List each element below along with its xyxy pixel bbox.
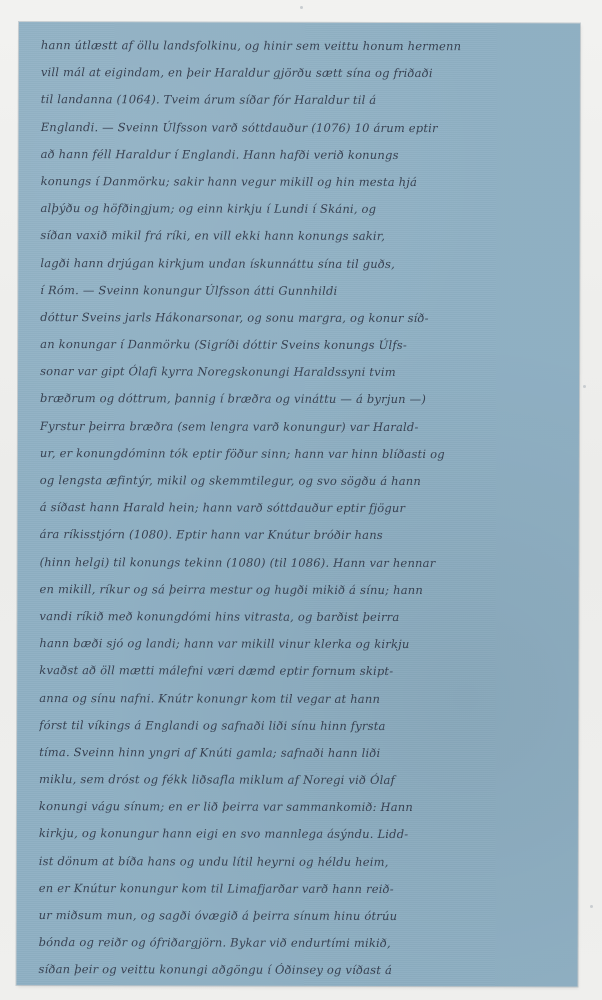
mat-speck	[583, 385, 586, 388]
text-line: í Róm. — Sveinn konungur Úlfsson átti Gu…	[40, 277, 566, 306]
text-line: Englandi. — Sveinn Úlfsson varð sóttdauð…	[41, 114, 567, 143]
text-line: ára ríkisstjórn (1080). Eptir hann var K…	[40, 521, 566, 550]
text-line: fórst til víkings á Englandi og safnaði …	[39, 712, 565, 741]
text-line: hann bæði sjó og landi; hann var mikill …	[39, 630, 565, 659]
text-line: á síðast hann Harald hein; hann varð sót…	[40, 494, 566, 523]
text-line: kirkju, og konungur hann eigi en svo man…	[39, 820, 565, 849]
text-line: bónda og reiðr og ófriðargjörn. Bykar vi…	[39, 929, 565, 958]
manuscript-page: hann útlæstt af öllu landsfolkinu, og hi…	[16, 22, 580, 986]
text-line: og lengsta æfintýr, mikil og skemmtilegu…	[40, 467, 566, 496]
text-line: kvaðst að öll mætti málefni væri dæmd ep…	[39, 657, 565, 686]
text-line: dóttur Sveins jarls Hákonarsonar, og son…	[40, 304, 566, 333]
mat-speck	[300, 6, 303, 9]
text-line: konungs í Danmörku; sakir hann vegur mik…	[41, 168, 567, 197]
text-line: vandi ríkið með konungdómi hins vitrasta…	[39, 603, 565, 632]
text-line: en mikill, ríkur og sá þeirra mestur og …	[39, 576, 565, 605]
text-line: sonar var gipt Ólafi kyrra Noregskonungi…	[40, 358, 566, 387]
text-line: vill mál at eigindam, en þeir Haraldur g…	[41, 59, 567, 88]
text-line: (hinn helgi) til konungs tekinn (1080) (…	[40, 549, 566, 578]
text-line: ur miðsum mun, og sagði óvægið á þeirra …	[39, 902, 565, 931]
handwritten-text-block: hann útlæstt af öllu landsfolkinu, og hi…	[38, 32, 566, 985]
text-line: ur, er konungdóminn tók eptir föður sinn…	[40, 440, 566, 469]
text-line: konungi vágu sínum; en er lið þeirra var…	[39, 793, 565, 822]
mat-speck	[590, 905, 593, 908]
text-line: an konungar í Danmörku (Sigríði dóttir S…	[40, 331, 566, 360]
text-line: til landanna (1064). Tveim árum síðar fó…	[41, 86, 567, 115]
text-line: síðan þeir og veittu konungi aðgöngu í Ó…	[38, 956, 564, 985]
text-line: ist dönum at bíða hans og undu lítil hey…	[39, 848, 565, 877]
text-line: lagði hann drjúgan kirkjum undan ískunná…	[40, 250, 566, 279]
text-line: miklu, sem dróst og fékk liðsafla miklum…	[39, 766, 565, 795]
text-line: Fyrstur þeirra bræðra (sem lengra varð k…	[40, 413, 566, 442]
text-line: hann útlæstt af öllu landsfolkinu, og hi…	[41, 32, 567, 61]
text-line: síðan vaxið mikil frá ríki, en vill ekki…	[40, 222, 566, 251]
text-line: að hann féll Haraldur í Englandi. Hann h…	[41, 141, 567, 170]
text-line: alþýðu og höfðingjum; og einn kirkju í L…	[40, 195, 566, 224]
text-line: bræðrum og dóttrum, þannig í bræðra og v…	[40, 385, 566, 414]
text-line: tíma. Sveinn hinn yngri af Knúti gamla; …	[39, 739, 565, 768]
text-line: anna og sínu nafni. Knútr konungr kom ti…	[39, 685, 565, 714]
text-line: en er Knútur konungur kom til Limafjarða…	[39, 875, 565, 904]
